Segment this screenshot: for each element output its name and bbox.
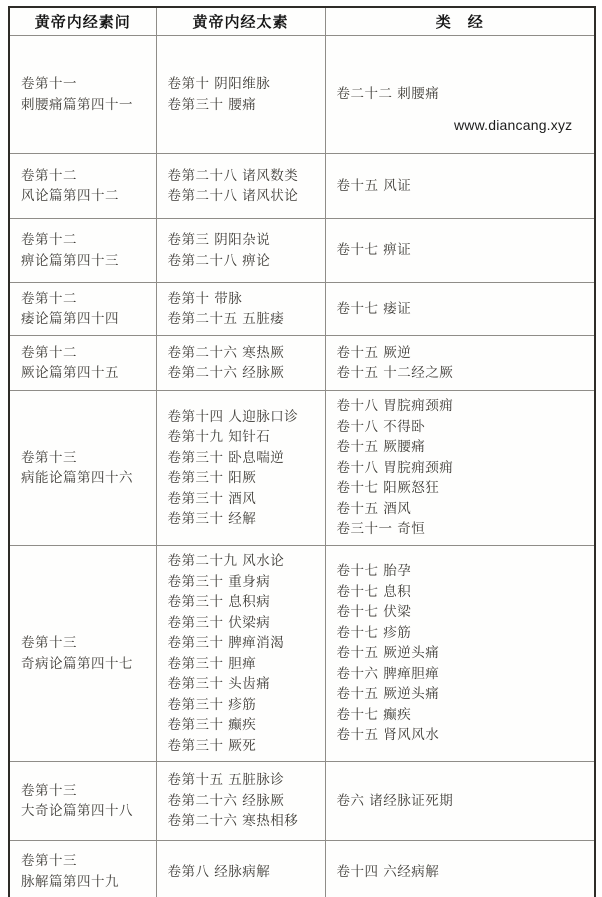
table-body: 卷第十一刺腰痛篇第四十一 卷第十 阴阳维脉卷第三十 腰痛 卷二十二 刺腰痛 卷第… <box>9 36 595 897</box>
cell-line: 奇病论篇第四十七 <box>21 654 152 675</box>
cell-line: 刺腰痛篇第四十一 <box>21 95 152 116</box>
cell-line: 卷第十五 五脏脉诊 <box>168 770 321 791</box>
cell-line: 卷十八 不得卧 <box>337 417 591 438</box>
header-row: 黄帝内经素问 黄帝内经太素 类 经 <box>9 7 595 36</box>
cell-line: 卷第三十 脾瘅消渴 <box>168 633 321 654</box>
cell-line: 卷十七 阳厥怒狂 <box>337 478 591 499</box>
cell-suwen: 卷第十二厥论篇第四十五 <box>9 336 156 391</box>
cell-line: 卷第十二 <box>21 289 152 310</box>
cell-line: 卷第二十八 诸风状论 <box>168 186 321 207</box>
cell-taisu: 卷第十 阴阳维脉卷第三十 腰痛 <box>156 36 325 154</box>
cell-leijing: 卷十五 风证 <box>325 154 595 219</box>
cell-line: 大奇论篇第四十八 <box>21 801 152 822</box>
cell-line: 卷十五 厥逆头痛 <box>337 684 591 705</box>
cell-line: 卷第二十六 寒热相移 <box>168 811 321 832</box>
cell-line: 卷第三十 经解 <box>168 509 321 530</box>
cell-line: 卷第三十 息积病 <box>168 592 321 613</box>
cell-line: 卷十七 伏梁 <box>337 602 591 623</box>
cell-taisu: 卷第八 经脉病解 <box>156 841 325 897</box>
cell-suwen: 卷第十三病能论篇第四十六 <box>9 391 156 546</box>
cell-line: 卷第十三 <box>21 781 152 802</box>
cell-leijing: 卷二十二 刺腰痛 <box>325 36 595 154</box>
table-row: 卷第十三大奇论篇第四十八 卷第十五 五脏脉诊卷第二十六 经脉厥卷第二十六 寒热相… <box>9 762 595 841</box>
cell-line: 卷第二十八 痹论 <box>168 251 321 272</box>
cell-line: 病能论篇第四十六 <box>21 468 152 489</box>
cell-line: 卷第二十六 经脉厥 <box>168 791 321 812</box>
table-row: 卷第十二痹论篇第四十三 卷第三 阴阳杂说卷第二十八 痹论 卷十七 痹证 <box>9 219 595 283</box>
cell-line: 卷第十三 <box>21 851 152 872</box>
cell-line: 卷第三十 酒风 <box>168 489 321 510</box>
cell-line: 卷第十二 <box>21 230 152 251</box>
cell-leijing: 卷十五 厥逆卷十五 十二经之厥 <box>325 336 595 391</box>
correspondence-table: 黄帝内经素问 黄帝内经太素 类 经 卷第十一刺腰痛篇第四十一 卷第十 阴阳维脉卷… <box>8 6 596 897</box>
cell-line: 卷十五 厥逆 <box>337 343 591 364</box>
cell-line: 卷十六 脾瘅胆瘅 <box>337 664 591 685</box>
cell-line: 卷十七 癫疾 <box>337 705 591 726</box>
cell-taisu: 卷第十五 五脏脉诊卷第二十六 经脉厥卷第二十六 寒热相移 <box>156 762 325 841</box>
cell-line: 卷第十 带脉 <box>168 289 321 310</box>
cell-line: 卷十七 痹证 <box>337 240 591 261</box>
cell-line: 卷十七 息积 <box>337 582 591 603</box>
cell-line: 卷第三十 重身病 <box>168 572 321 593</box>
cell-line: 卷第二十六 经脉厥 <box>168 363 321 384</box>
cell-line: 卷二十二 刺腰痛 <box>337 84 591 105</box>
cell-line: 卷第十九 知针石 <box>168 427 321 448</box>
cell-line: 卷十八 胃脘痈颈痈 <box>337 458 591 479</box>
cell-line: 卷第三十 伏梁病 <box>168 613 321 634</box>
cell-line: 卷第二十八 诸风数类 <box>168 166 321 187</box>
cell-line: 卷第二十六 寒热厥 <box>168 343 321 364</box>
cell-line: 卷十四 六经病解 <box>337 862 591 883</box>
cell-line: 卷十五 厥腰痛 <box>337 437 591 458</box>
cell-line: 卷十五 风证 <box>337 176 591 197</box>
cell-line: 卷十五 十二经之厥 <box>337 363 591 384</box>
cell-suwen: 卷第十二风论篇第四十二 <box>9 154 156 219</box>
cell-line: 卷第三十 头齿痛 <box>168 674 321 695</box>
cell-suwen: 卷第十三大奇论篇第四十八 <box>9 762 156 841</box>
cell-line: 卷十八 胃脘痈颈痈 <box>337 396 591 417</box>
cell-line: 卷第十二 <box>21 166 152 187</box>
cell-line: 卷十七 痿证 <box>337 299 591 320</box>
cell-taisu: 卷第二十八 诸风数类卷第二十八 诸风状论 <box>156 154 325 219</box>
watermark-url: www.diancang.xyz <box>454 117 572 133</box>
cell-leijing: 卷十四 六经病解 <box>325 841 595 897</box>
cell-line: 卷第三十 疹筋 <box>168 695 321 716</box>
cell-line: 卷第二十五 五脏痿 <box>168 309 321 330</box>
cell-leijing: 卷六 诸经脉证死期 <box>325 762 595 841</box>
cell-line: 卷第十三 <box>21 448 152 469</box>
cell-line: 卷第三十 癫疾 <box>168 715 321 736</box>
cell-line: 卷第三十 阳厥 <box>168 468 321 489</box>
cell-suwen: 卷第十三奇病论篇第四十七 <box>9 546 156 762</box>
cell-line: 卷第三十 厥死 <box>168 736 321 757</box>
column-header-leijing: 类 经 <box>325 7 595 36</box>
cell-line: 卷第二十九 风水论 <box>168 551 321 572</box>
cell-line: 风论篇第四十二 <box>21 186 152 207</box>
cell-line: 卷第三十 胆瘅 <box>168 654 321 675</box>
cell-leijing: 卷十七 胎孕卷十七 息积卷十七 伏梁卷十七 疹筋卷十五 厥逆头痛卷十六 脾瘅胆瘅… <box>325 546 595 762</box>
cell-line: 厥论篇第四十五 <box>21 363 152 384</box>
table-row: 卷第十三脉解篇第四十九 卷第八 经脉病解 卷十四 六经病解 <box>9 841 595 897</box>
cell-taisu: 卷第十四 人迎脉口诊卷第十九 知针石卷第三十 卧息喘逆卷第三十 阳厥卷第三十 酒… <box>156 391 325 546</box>
table-row: 卷第十二厥论篇第四十五 卷第二十六 寒热厥卷第二十六 经脉厥 卷十五 厥逆卷十五… <box>9 336 595 391</box>
cell-line: 痹论篇第四十三 <box>21 251 152 272</box>
cell-line: 卷第三十 腰痛 <box>168 95 321 116</box>
cell-line: 卷第十 阴阳维脉 <box>168 74 321 95</box>
cell-line: 卷十五 酒风 <box>337 499 591 520</box>
cell-suwen: 卷第十二痹论篇第四十三 <box>9 219 156 283</box>
cell-suwen: 卷第十一刺腰痛篇第四十一 <box>9 36 156 154</box>
cell-taisu: 卷第二十九 风水论卷第三十 重身病卷第三十 息积病卷第三十 伏梁病卷第三十 脾瘅… <box>156 546 325 762</box>
cell-line: 卷第八 经脉病解 <box>168 862 321 883</box>
table-row: 卷第十一刺腰痛篇第四十一 卷第十 阴阳维脉卷第三十 腰痛 卷二十二 刺腰痛 <box>9 36 595 154</box>
cell-suwen: 卷第十二痿论篇第四十四 <box>9 283 156 336</box>
cell-suwen: 卷第十三脉解篇第四十九 <box>9 841 156 897</box>
table-row: 卷第十二风论篇第四十二 卷第二十八 诸风数类卷第二十八 诸风状论 卷十五 风证 <box>9 154 595 219</box>
cell-line: 卷十七 疹筋 <box>337 623 591 644</box>
table-row: 卷第十二痿论篇第四十四 卷第十 带脉卷第二十五 五脏痿 卷十七 痿证 <box>9 283 595 336</box>
cell-line: 痿论篇第四十四 <box>21 309 152 330</box>
cell-line: 卷十五 肾风风水 <box>337 725 591 746</box>
cell-taisu: 卷第十 带脉卷第二十五 五脏痿 <box>156 283 325 336</box>
cell-leijing: 卷十七 痿证 <box>325 283 595 336</box>
cell-line: 卷十七 胎孕 <box>337 561 591 582</box>
cell-line: 卷第十二 <box>21 343 152 364</box>
cell-line: 卷第十一 <box>21 74 152 95</box>
column-header-taisu: 黄帝内经太素 <box>156 7 325 36</box>
cell-line: 卷六 诸经脉证死期 <box>337 791 591 812</box>
table-row: 卷第十三奇病论篇第四十七 卷第二十九 风水论卷第三十 重身病卷第三十 息积病卷第… <box>9 546 595 762</box>
column-header-suwen: 黄帝内经素问 <box>9 7 156 36</box>
cell-taisu: 卷第二十六 寒热厥卷第二十六 经脉厥 <box>156 336 325 391</box>
table-row: 卷第十三病能论篇第四十六 卷第十四 人迎脉口诊卷第十九 知针石卷第三十 卧息喘逆… <box>9 391 595 546</box>
cell-line: 卷十五 厥逆头痛 <box>337 643 591 664</box>
cell-leijing: 卷十八 胃脘痈颈痈卷十八 不得卧卷十五 厥腰痛卷十八 胃脘痈颈痈卷十七 阳厥怒狂… <box>325 391 595 546</box>
cell-line: 卷第十四 人迎脉口诊 <box>168 407 321 428</box>
cell-line: 卷三十一 奇恒 <box>337 519 591 540</box>
cell-line: 卷第十三 <box>21 633 152 654</box>
scanned-book-page: 黄帝内经素问 黄帝内经太素 类 经 卷第十一刺腰痛篇第四十一 卷第十 阴阳维脉卷… <box>0 0 602 897</box>
cell-line: 卷第三 阴阳杂说 <box>168 230 321 251</box>
cell-line: 脉解篇第四十九 <box>21 872 152 893</box>
cell-taisu: 卷第三 阴阳杂说卷第二十八 痹论 <box>156 219 325 283</box>
cell-leijing: 卷十七 痹证 <box>325 219 595 283</box>
cell-line: 卷第三十 卧息喘逆 <box>168 448 321 469</box>
